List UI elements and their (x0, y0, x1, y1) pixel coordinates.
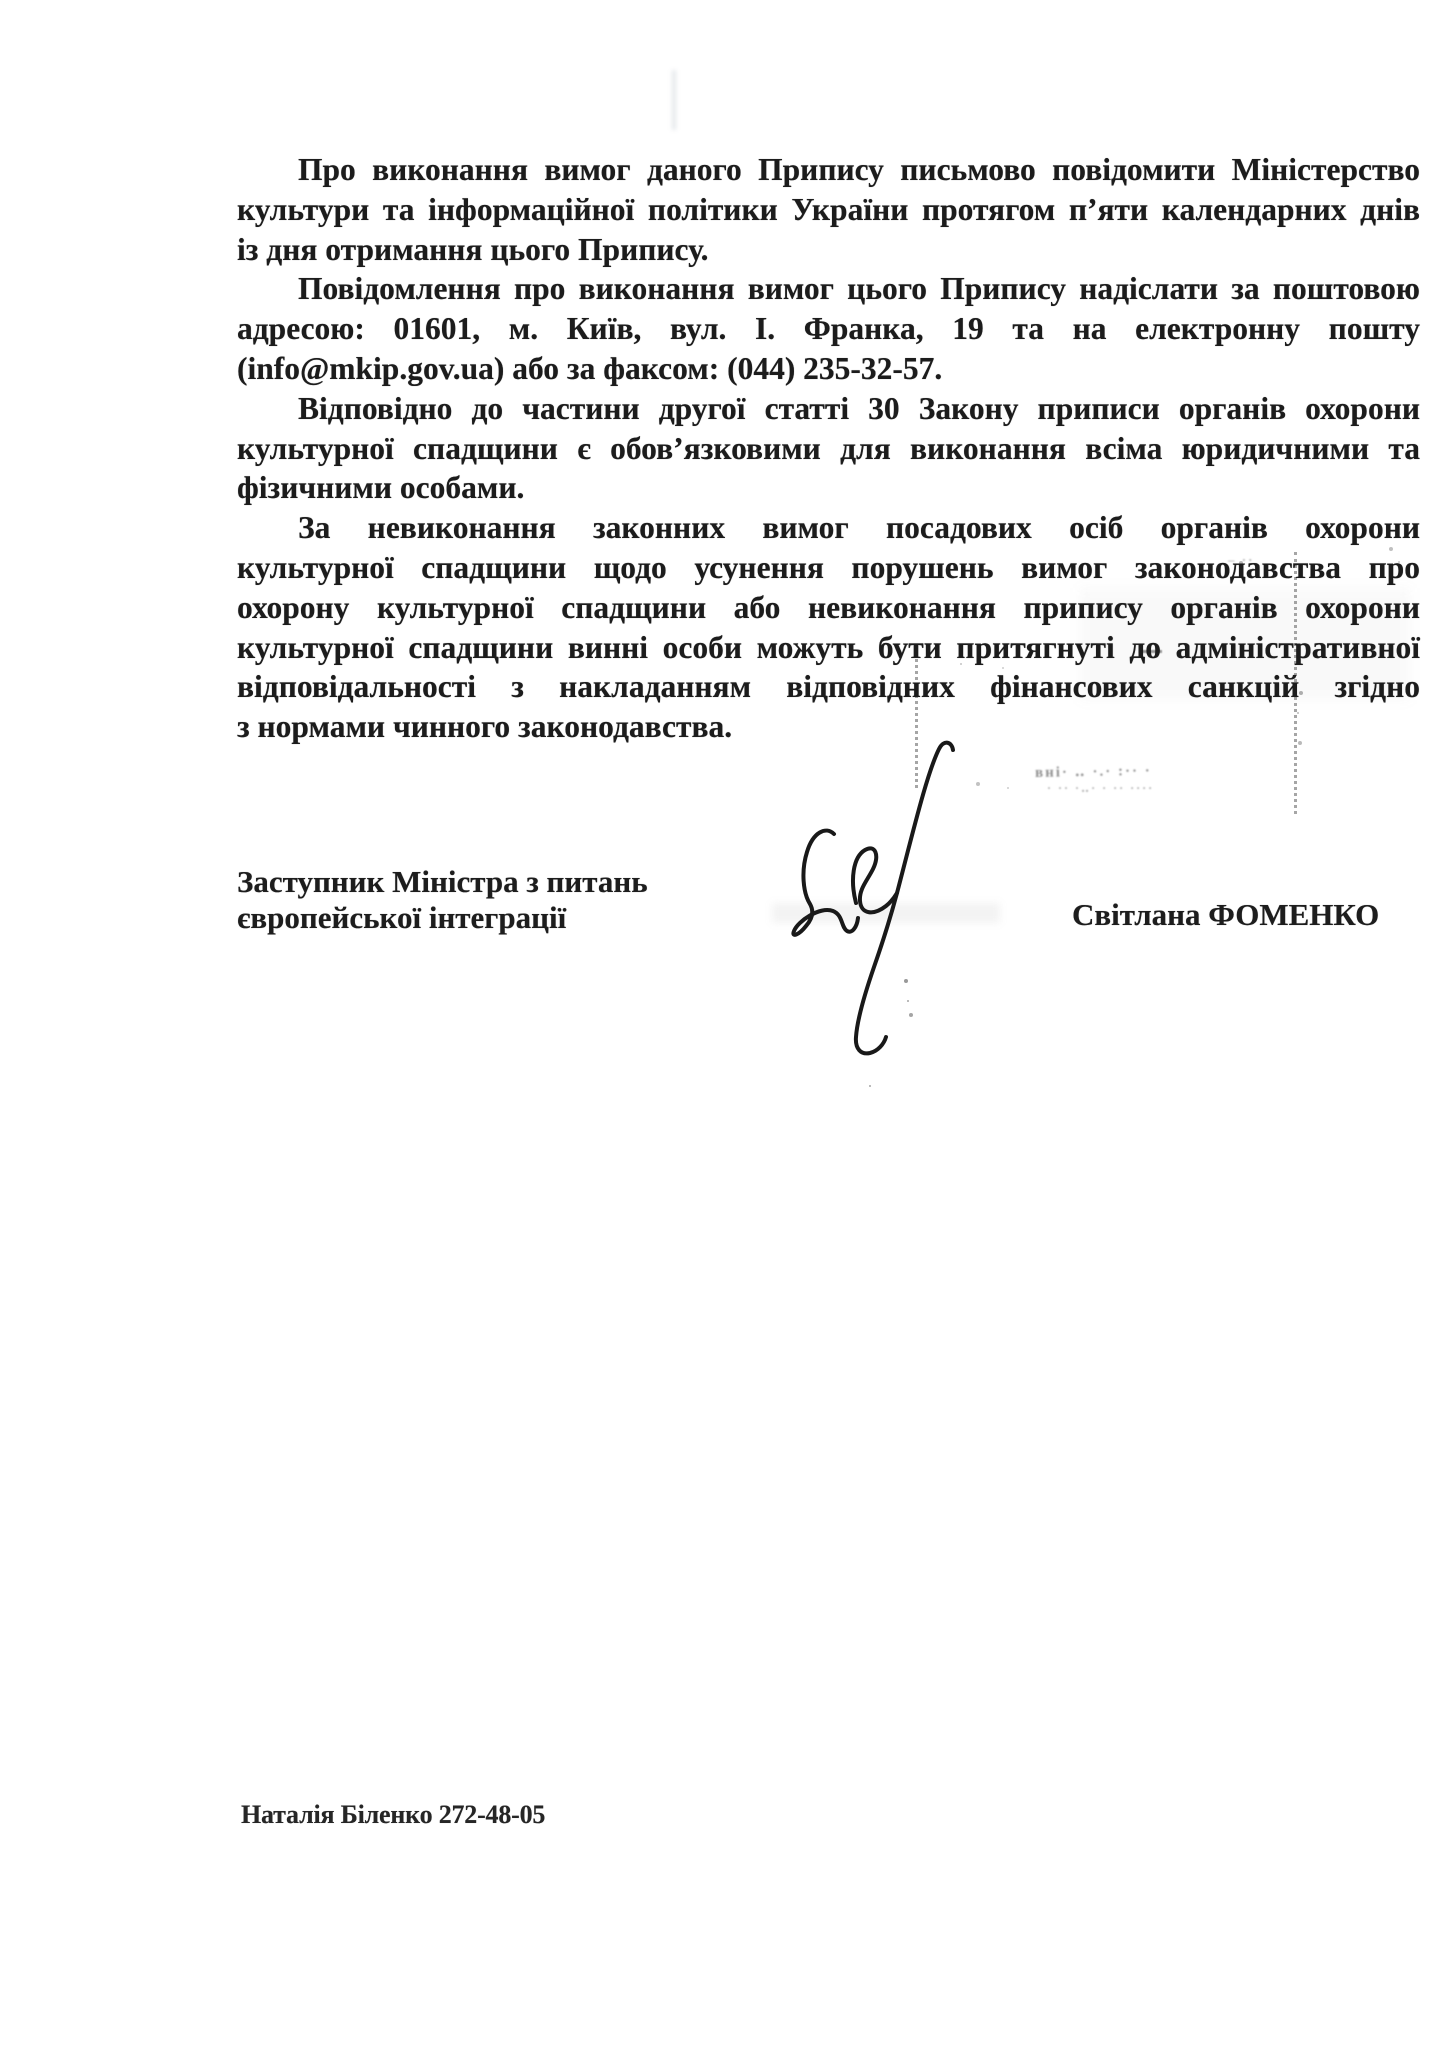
scan-streak-artifact (672, 70, 676, 130)
letter-body: Про виконання вимог даного Припису письм… (237, 150, 1420, 747)
signer-position: Заступник Міністра з питань європейської… (237, 864, 648, 936)
body-line: культури та інформаційної політики Украї… (237, 190, 1420, 230)
body-line: адресою: 01601, м. Київ, вул. І. Франка,… (237, 309, 1420, 349)
bleedthrough-noise: вні· ‥ ·.· :·· · (1035, 761, 1152, 782)
scan-speck-artifacts (0, 0, 2, 2)
signer-position-line: Заступник Міністра з питань (237, 864, 648, 900)
signature-stroke (856, 743, 953, 1054)
handwritten-signature (770, 730, 985, 1080)
signature-stroke (793, 831, 858, 935)
signer-name: Світлана ФОМЕНКО (1072, 897, 1379, 933)
body-line: відповідальності з накладанням відповідн… (237, 667, 1420, 707)
executor-contact: Наталія Біленко 272-48-05 (241, 1800, 545, 1830)
body-line: (info@mkip.gov.ua) або за факсом: (044) … (237, 349, 1420, 389)
body-line: із дня отримання цього Припису. (237, 230, 1420, 270)
bleedthrough-noise: · ·· ·‥· · ·· ···· (1047, 781, 1154, 796)
body-line: Про виконання вимог даного Припису письм… (237, 150, 1420, 190)
body-line: культурної спадщини винні особи можуть б… (237, 628, 1420, 668)
scanned-document-page: вні· ‥ ·.· :·· · · ·· ·‥· · ·· ···· – ··… (0, 0, 1447, 2046)
body-line: фізичними особами. (237, 468, 1420, 508)
body-line: культурної спадщини щодо усунення поруше… (237, 548, 1420, 588)
body-line: культурної спадщини є обов’язковими для … (237, 429, 1420, 469)
body-line: Повідомлення про виконання вимог цього П… (237, 269, 1420, 309)
body-line: За невиконання законних вимог посадових … (237, 508, 1420, 548)
body-line: Відповідно до частини другої статті 30 З… (237, 389, 1420, 429)
signature-stroke (853, 848, 897, 912)
signer-position-line: європейської інтеграції (237, 900, 648, 936)
body-line: охорону культурної спадщини або невикона… (237, 588, 1420, 628)
